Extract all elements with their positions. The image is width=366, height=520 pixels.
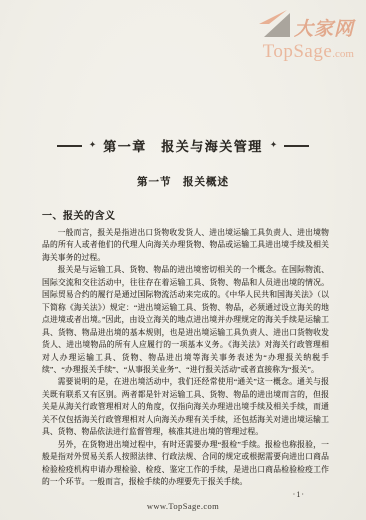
paragraph-1: 一般而言，报关是指进出口货物收发货人、进出境运输工具负责人、进出境物品的所有人或…: [42, 227, 329, 264]
footer-url: www.TopSage.com: [0, 501, 366, 511]
page-number: ·1·: [42, 490, 329, 499]
section-title: 第一节 报关概述: [0, 174, 366, 189]
topsage-logo: 大家网 TopSage.com: [246, 10, 354, 61]
site-name-tld: .com: [332, 48, 354, 60]
heading-rule-right: [284, 145, 309, 147]
scanned-book-page: 大家网 TopSage.com ✦ 第一章 报关与海关管理 ✦ 第一节 报关概述…: [0, 0, 366, 520]
site-name-english: TopSage.com: [246, 42, 354, 61]
heading-rule-left: [57, 145, 82, 147]
paragraph-4: 另外，在货物进出境过程中，有时还需要办理“报检”手续。报检也称报验，一般是指对外…: [42, 439, 329, 489]
chapter-title: 第一章 报关与海关管理: [103, 136, 263, 155]
site-name-english-main: TopSage: [263, 41, 333, 62]
topsage-logo-icon: [257, 10, 291, 39]
subheading: 一、报关的含义: [42, 207, 329, 222]
diamond-ornament-right: ✦: [270, 140, 278, 151]
page-content: 一、报关的含义 一般而言，报关是指进出口货物收发货人、进出境运输工具负责人、进出…: [0, 207, 366, 499]
body-text: 一般而言，报关是指进出口货物收发货人、进出境运输工具负责人、进出境物品的所有人或…: [42, 227, 329, 489]
site-name-chinese: 大家网: [294, 20, 354, 39]
paragraph-2: 报关是与运输工具、货物、物品的进出境密切相关的一个概念。在国际物流、国际交流和交…: [42, 264, 329, 376]
paragraph-3: 需要说明的是，在进出境活动中，我们还经常使用“通关”这一概念。通关与报关既有联系…: [42, 376, 329, 438]
diamond-ornament-left: ✦: [89, 140, 97, 151]
